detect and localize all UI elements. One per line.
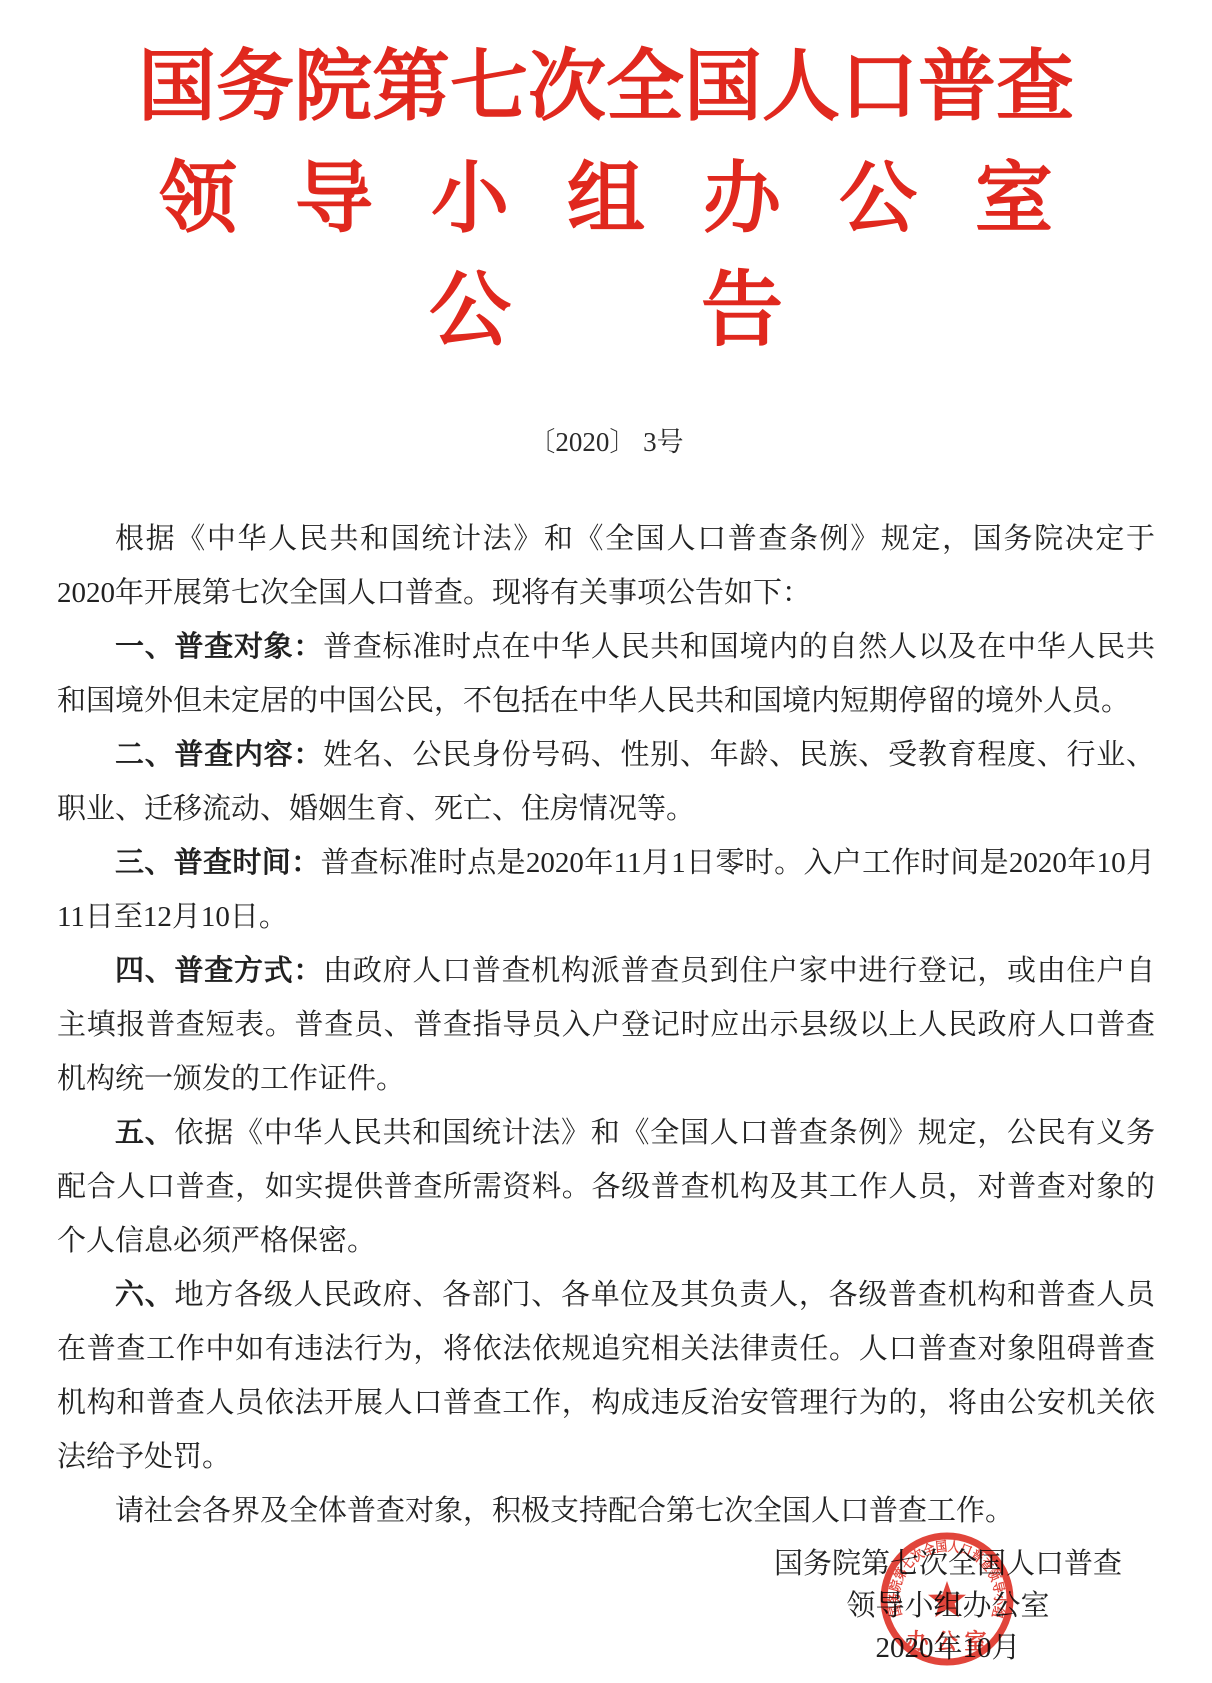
document-number: 〔2020〕 3号 (0, 420, 1212, 459)
seal-bottom-text: 办公室 (906, 1629, 993, 1654)
paragraph-text: 请社会各界及全体普查对象，积极支持配合第七次全国人口普查工作。 (115, 1495, 1014, 1527)
paragraph-item-5: 五、依据《中华人民共和国统计法》和《全国人口普查条例》规定，公民有义务配合人口普… (57, 1106, 1155, 1268)
paragraph-lead: 一、普查对象： (115, 631, 323, 663)
document-title-line-3: 公告 (0, 270, 1212, 352)
paragraph-intro: 根据《中华人民共和国统计法》和《全国人口普查条例》规定，国务院决定于2020年开… (57, 512, 1155, 620)
paragraph-lead: 五、 (115, 1117, 174, 1149)
paragraph-item-1: 一、普查对象：普查标准时点在中华人民共和国境内的自然人以及在中华人民共和国境外但… (57, 620, 1155, 728)
paragraph-lead: 六、 (115, 1279, 174, 1311)
paragraph-item-6: 六、地方各级人民政府、各部门、各单位及其负责人，各级普查机构和普查人员在普查工作… (57, 1268, 1155, 1484)
paragraph-lead: 二、普查内容： (115, 739, 323, 771)
paragraph-lead: 三、普查时间： (115, 847, 320, 879)
paragraph-lead: 四、普查方式： (115, 955, 323, 987)
official-seal: 国务院第七次全国人口普查领导小组 办公室 (876, 1528, 1018, 1670)
star-icon (928, 1581, 966, 1617)
paragraph-item-3: 三、普查时间：普查标准时点是2020年11月1日零时。入户工作时间是2020年1… (57, 836, 1155, 944)
paragraph-item-2: 二、普查内容：姓名、公民身份号码、性别、年龄、民族、受教育程度、行业、职业、迁移… (57, 728, 1155, 836)
paragraph-item-4: 四、普查方式：由政府人口普查机构派普查员到住户家中进行登记，或由住户自主填报普查… (57, 944, 1155, 1106)
document-title-line-2: 领导小组办公室 (0, 160, 1212, 238)
paragraph-text: 依据《中华人民共和国统计法》和《全国人口普查条例》规定，公民有义务配合人口普查，… (57, 1117, 1155, 1257)
document-title-line-1: 国务院第七次全国人口普查 (0, 48, 1212, 126)
paragraph-text: 地方各级人民政府、各部门、各单位及其负责人，各级普查机构和普查人员在普查工作中如… (57, 1279, 1155, 1473)
announcement-document: 国务院第七次全国人口普查 领导小组办公室 公告 〔2020〕 3号 根据《中华人… (0, 0, 1212, 1683)
document-body: 根据《中华人民共和国统计法》和《全国人口普查条例》规定，国务院决定于2020年开… (57, 512, 1155, 1538)
paragraph-text: 根据《中华人民共和国统计法》和《全国人口普查条例》规定，国务院决定于2020年开… (57, 523, 1155, 609)
